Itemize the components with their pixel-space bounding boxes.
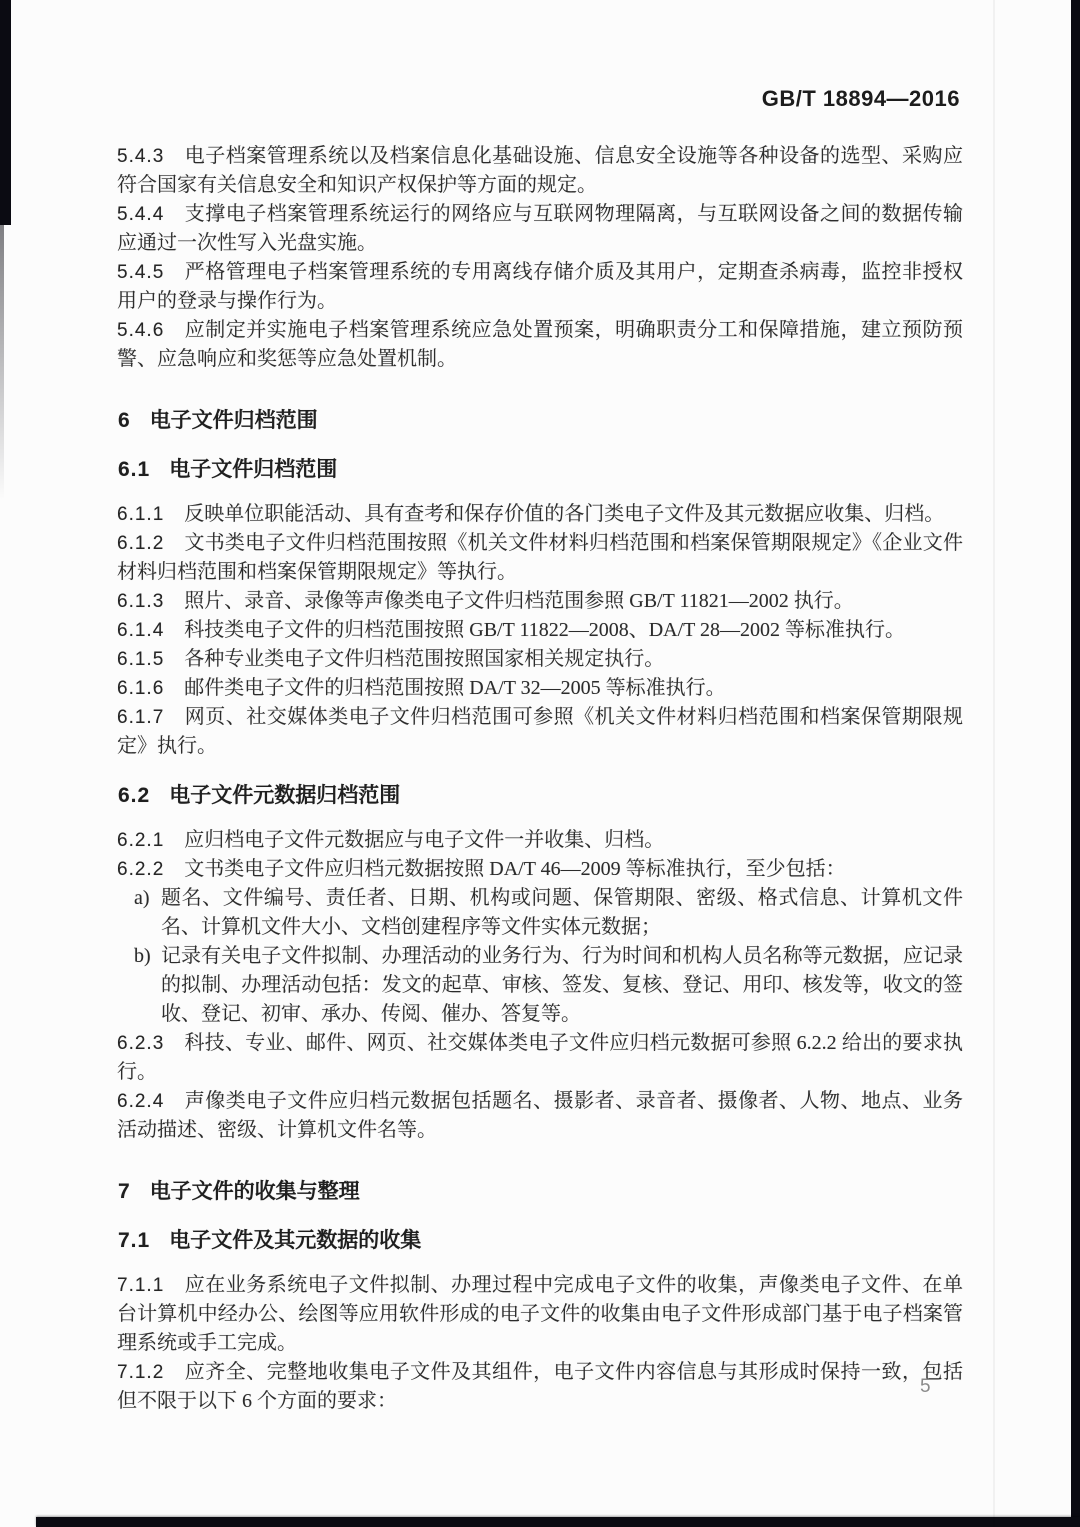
clause-number: 6.2.4	[117, 1091, 164, 1112]
clause-paragraph: 6.1.5各种专业类电子文件归档范围按照国家相关规定执行。	[117, 645, 963, 674]
clause-text: 反映单位职能活动、具有查考和保存价值的各门类电子文件及其元数据应收集、归档。	[184, 503, 944, 525]
clause-number: 6	[118, 409, 131, 432]
clause-number: 6.1.4	[117, 620, 164, 641]
clause-paragraph: 5.4.5严格管理电子档案管理系统的专用离线存储介质及其用户，定期查杀病毒，监控…	[117, 258, 963, 316]
clause-text: 电子文件元数据归档范围	[169, 784, 400, 807]
clause-number: b)	[134, 942, 151, 971]
document-body: 5.4.3电子档案管理系统以及档案信息化基础设施、信息安全设施等各种设备的选型、…	[117, 142, 963, 1416]
clause-paragraph: 6.1.2文书类电子文件归档范围按照《机关文件材料归档范围和档案保管期限规定》《…	[117, 529, 963, 587]
scan-edge-right	[1071, 0, 1080, 1527]
clause-number: 7	[118, 1180, 131, 1203]
clause-text: 电子档案管理系统以及档案信息化基础设施、信息安全设施等各种设备的选型、采购应符合…	[117, 145, 963, 196]
section-heading: 7电子文件的收集与整理	[118, 1177, 963, 1206]
clause-text: 电子文件的收集与整理	[150, 1180, 360, 1203]
clause-paragraph: 6.2.4声像类电子文件应归档元数据包括题名、摄影者、录音者、摄像者、人物、地点…	[117, 1087, 963, 1145]
clause-number: 6.2	[118, 784, 150, 807]
clause-number: 5.4.4	[117, 204, 164, 225]
clause-text: 网页、社交媒体类电子文件归档范围可参照《机关文件材料归档范围和档案保管期限规定》…	[117, 706, 963, 757]
clause-text: 应齐全、完整地收集电子文件及其组件，电子文件内容信息与其形成时保持一致，包括但不…	[117, 1361, 963, 1412]
clause-text: 科技、专业、邮件、网页、社交媒体类电子文件应归档元数据可参照 6.2.2 给出的…	[117, 1032, 963, 1083]
clause-number: 6.2.3	[117, 1033, 164, 1054]
clause-text: 应归档电子文件元数据应与电子文件一并收集、归档。	[184, 829, 664, 851]
clause-number: 6.1.5	[117, 649, 164, 670]
clause-number: 6.2.2	[117, 859, 164, 880]
clause-paragraph: 6.1.6邮件类电子文件的归档范围按照 DA/T 32—2005 等标准执行。	[117, 674, 963, 703]
clause-paragraph: 6.2.3科技、专业、邮件、网页、社交媒体类电子文件应归档元数据可参照 6.2.…	[117, 1029, 963, 1087]
clause-text: 应制定并实施电子档案管理系统应急处置预案，明确职责分工和保障措施，建立预防预警、…	[117, 319, 963, 370]
clause-text: 邮件类电子文件的归档范围按照 DA/T 32—2005 等标准执行。	[184, 677, 725, 699]
clause-number: 6.1	[118, 458, 150, 481]
clause-text: 各种专业类电子文件归档范围按照国家相关规定执行。	[184, 648, 664, 670]
document-page: GB/T 18894—2016 5.4.3电子档案管理系统以及档案信息化基础设施…	[0, 0, 1080, 1527]
section-heading: 7.1电子文件及其元数据的收集	[118, 1226, 963, 1255]
clause-paragraph: 6.2.2文书类电子文件应归档元数据按照 DA/T 46—2009 等标准执行，…	[117, 855, 963, 884]
clause-number: 7.1	[118, 1229, 150, 1252]
standard-number-header: GB/T 18894—2016	[762, 86, 960, 112]
clause-number: 6.1.3	[117, 591, 164, 612]
clause-number: 6.1.7	[117, 707, 164, 728]
clause-text: 文书类电子文件应归档元数据按照 DA/T 46—2009 等标准执行，至少包括：	[184, 858, 845, 880]
clause-number: 5.4.6	[117, 320, 164, 341]
clause-number: 6.2.1	[117, 830, 164, 851]
section-heading: 6.2电子文件元数据归档范围	[118, 781, 963, 810]
scan-edge-left	[0, 0, 11, 225]
clause-number: 5.4.5	[117, 262, 164, 283]
clause-text: 电子文件及其元数据的收集	[169, 1229, 421, 1252]
clause-text: 照片、录音、录像等声像类电子文件归档范围参照 GB/T 11821—2002 执…	[184, 590, 853, 612]
clause-number: 7.1.1	[117, 1275, 164, 1296]
clause-paragraph: 5.4.6应制定并实施电子档案管理系统应急处置预案，明确职责分工和保障措施，建立…	[117, 316, 963, 374]
scan-crease-line	[993, 0, 995, 1527]
clause-text: 电子文件归档范围	[150, 409, 318, 432]
clause-text: 文书类电子文件归档范围按照《机关文件材料归档范围和档案保管期限规定》《企业文件材…	[117, 532, 963, 583]
clause-paragraph: 7.1.1应在业务系统电子文件拟制、办理过程中完成电子文件的收集，声像类电子文件…	[117, 1271, 963, 1358]
clause-number: 7.1.2	[117, 1362, 164, 1383]
clause-paragraph: 6.1.3照片、录音、录像等声像类电子文件归档范围参照 GB/T 11821—2…	[117, 587, 963, 616]
page-number: 5	[920, 1376, 931, 1398]
clause-text: 声像类电子文件应归档元数据包括题名、摄影者、录音者、摄像者、人物、地点、业务活动…	[117, 1090, 963, 1141]
clause-paragraph: 7.1.2应齐全、完整地收集电子文件及其组件，电子文件内容信息与其形成时保持一致…	[117, 1358, 963, 1416]
clause-number: 6.1.2	[117, 533, 164, 554]
clause-paragraph: 6.2.1应归档电子文件元数据应与电子文件一并收集、归档。	[117, 826, 963, 855]
clause-text: 严格管理电子档案管理系统的专用离线存储介质及其用户，定期查杀病毒，监控非授权用户…	[117, 261, 963, 312]
clause-number: 5.4.3	[117, 146, 164, 167]
clause-text: 支撑电子档案管理系统运行的网络应与互联网物理隔离，与互联网设备之间的数据传输应通…	[117, 203, 963, 254]
scan-edge-bottom	[36, 1517, 1080, 1527]
clause-paragraph: 5.4.4支撑电子档案管理系统运行的网络应与互联网物理隔离，与互联网设备之间的数…	[117, 200, 963, 258]
clause-paragraph: 5.4.3电子档案管理系统以及档案信息化基础设施、信息安全设施等各种设备的选型、…	[117, 142, 963, 200]
section-heading: 6.1电子文件归档范围	[118, 455, 963, 484]
section-heading: 6电子文件归档范围	[118, 406, 963, 435]
clause-paragraph: 6.1.4科技类电子文件的归档范围按照 GB/T 11822—2008、DA/T…	[117, 616, 963, 645]
list-item: a)题名、文件编号、责任者、日期、机构或问题、保管期限、密级、格式信息、计算机文…	[117, 884, 963, 942]
clause-number: a)	[134, 884, 150, 913]
clause-paragraph: 6.1.7网页、社交媒体类电子文件归档范围可参照《机关文件材料归档范围和档案保管…	[117, 703, 963, 761]
list-item: b)记录有关电子文件拟制、办理活动的业务行为、行为时间和机构人员名称等元数据，应…	[117, 942, 963, 1029]
clause-text: 题名、文件编号、责任者、日期、机构或问题、保管期限、密级、格式信息、计算机文件名…	[161, 887, 963, 938]
clause-text: 应在业务系统电子文件拟制、办理过程中完成电子文件的收集，声像类电子文件、在单台计…	[117, 1274, 963, 1354]
clause-text: 记录有关电子文件拟制、办理活动的业务行为、行为时间和机构人员名称等元数据，应记录…	[161, 945, 963, 1025]
clause-paragraph: 6.1.1反映单位职能活动、具有查考和保存价值的各门类电子文件及其元数据应收集、…	[117, 500, 963, 529]
clause-number: 6.1.1	[117, 504, 164, 525]
clause-text: 电子文件归档范围	[169, 458, 337, 481]
clause-number: 6.1.6	[117, 678, 164, 699]
clause-text: 科技类电子文件的归档范围按照 GB/T 11822—2008、DA/T 28—2…	[184, 619, 905, 641]
